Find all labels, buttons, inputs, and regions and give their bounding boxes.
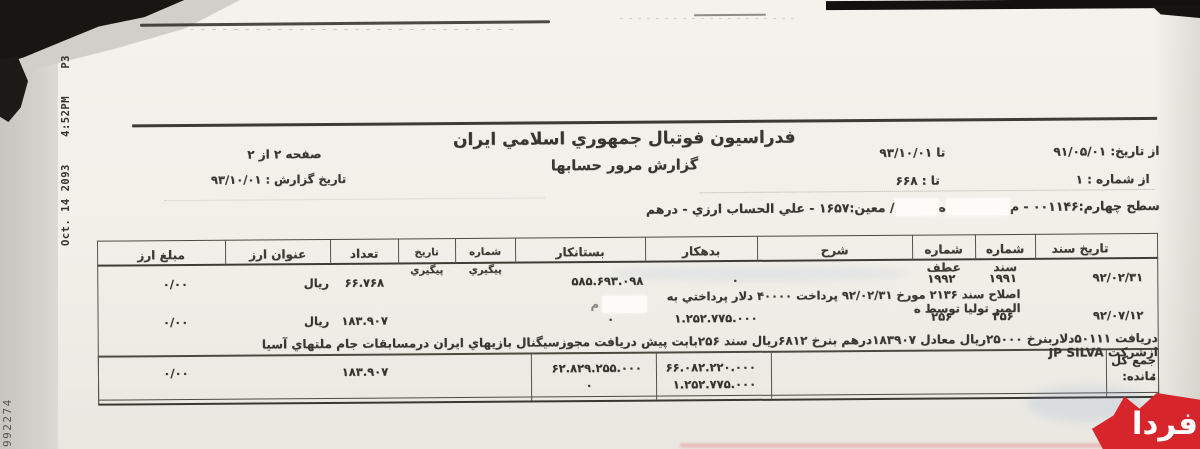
totals-right-border (1158, 349, 1160, 396)
col-header-credit: بستانکار (515, 243, 645, 262)
balance-label: مانده: (1108, 368, 1156, 384)
col-header-doc-no: شماره سند (975, 240, 1035, 258)
col-header-doc-date: تاریخ سند (1035, 239, 1125, 258)
row2-ref-no: ۲۵۶ (913, 308, 971, 324)
col-header-count: تعداد (330, 244, 398, 262)
from-date: از تاریخ: ۹۱/۰۵/۰۱ (1021, 144, 1159, 159)
faint-blue-smudge (610, 266, 910, 281)
col-header-ref-no: شماره عطف (912, 240, 975, 258)
to-date: تا ۹۳/۱۰/۰۱ (879, 145, 979, 160)
faded-dotted-line (700, 189, 1155, 193)
total-credit: ۶۲.۸۲۹.۲۵۵.۰۰۰ (533, 360, 642, 377)
row1-currency: ریال (295, 275, 337, 291)
redaction-box (946, 198, 1010, 215)
faded-dotted-line (165, 197, 545, 201)
row1-date: ۹۲/۰۲/۳۱ (1080, 269, 1155, 286)
from-number: از شماره : ۱ (1032, 172, 1150, 187)
col-header-tracking-no: شماره پیگیري (455, 244, 515, 262)
row1-description-tail: م (590, 297, 599, 311)
row1-count: ۶۶.۷۶۸ (328, 274, 400, 291)
col-header-description: شرح (757, 241, 912, 260)
totals-bottom-border-2 (98, 396, 1159, 406)
row2-date: ۹۲/۰۷/۱۲ (1081, 307, 1156, 324)
report-document: فدراسیون فوتبال جمهوري اسلامي ایران گزار… (0, 0, 1200, 449)
col-header-debit: بدهکار (645, 242, 757, 261)
account-mid: ه (938, 199, 946, 214)
to-number: تا : ۶۶۸ (896, 173, 968, 188)
row1-ref-no: ۱۹۹۲ (912, 270, 970, 286)
farda-logo-text: فردا (1132, 406, 1198, 442)
col-header-currency-amount: مبلغ ارز (97, 246, 225, 265)
row2-debit: ۱.۲۵۲.۷۷۵.۰۰۰ (611, 310, 758, 327)
row2-credit: ٠ (601, 311, 621, 327)
row2-doc-no: ۲۵۶ (976, 308, 1031, 324)
page-info: صفحه ۲ از ۲ (221, 147, 347, 162)
col-header-tracking-date: تاریخ پیگیري (398, 244, 455, 262)
account-line: سطح چهارم:۰۰۱۱۴۶ - م ه / معین:۱۶۵۷ - علي… (640, 197, 1160, 218)
account-detail: / معین:۱۶۵۷ - علي الحساب ارزي - درهم (646, 200, 895, 217)
row2-count: ۱۸۳.۹۰۷ (329, 312, 401, 329)
scanned-fax-page: Oct. 14 2093 4:52PM P3 992274 فدراسیون ف… (0, 0, 1200, 449)
row2-currency: ریال (296, 313, 338, 329)
account-level: سطح چهارم:۰۰۱۱۴۶ - م (1010, 198, 1160, 214)
total-count: ۱۸۳.۹۰۷ (329, 363, 401, 380)
total-label: جمع کل : (1108, 352, 1156, 368)
row2-currency-amount: ٠/٠٠ (151, 314, 201, 330)
report-date: تاریخ گزارش : ۹۳/۱۰/۰۱ (199, 172, 357, 187)
farda-news-watermark: فردا (1092, 393, 1200, 449)
row1-doc-no: ۱۹۹۱ (975, 270, 1030, 286)
balance-debit: ۱.۲۵۲.۷۷۵.۰۰۰ (641, 376, 756, 393)
total-debit: ۶۶.۰۸۲.۲۲۰.۰۰۰ (641, 359, 756, 376)
col-header-currency: عنوان ارز (225, 245, 330, 264)
row1-currency-amount: ٠/٠٠ (150, 276, 200, 292)
total-currency-amount: ٠/٠٠ (151, 365, 201, 381)
redaction-box (894, 199, 938, 216)
totals-left-border (98, 357, 100, 404)
balance-credit: ٠ (579, 377, 599, 393)
